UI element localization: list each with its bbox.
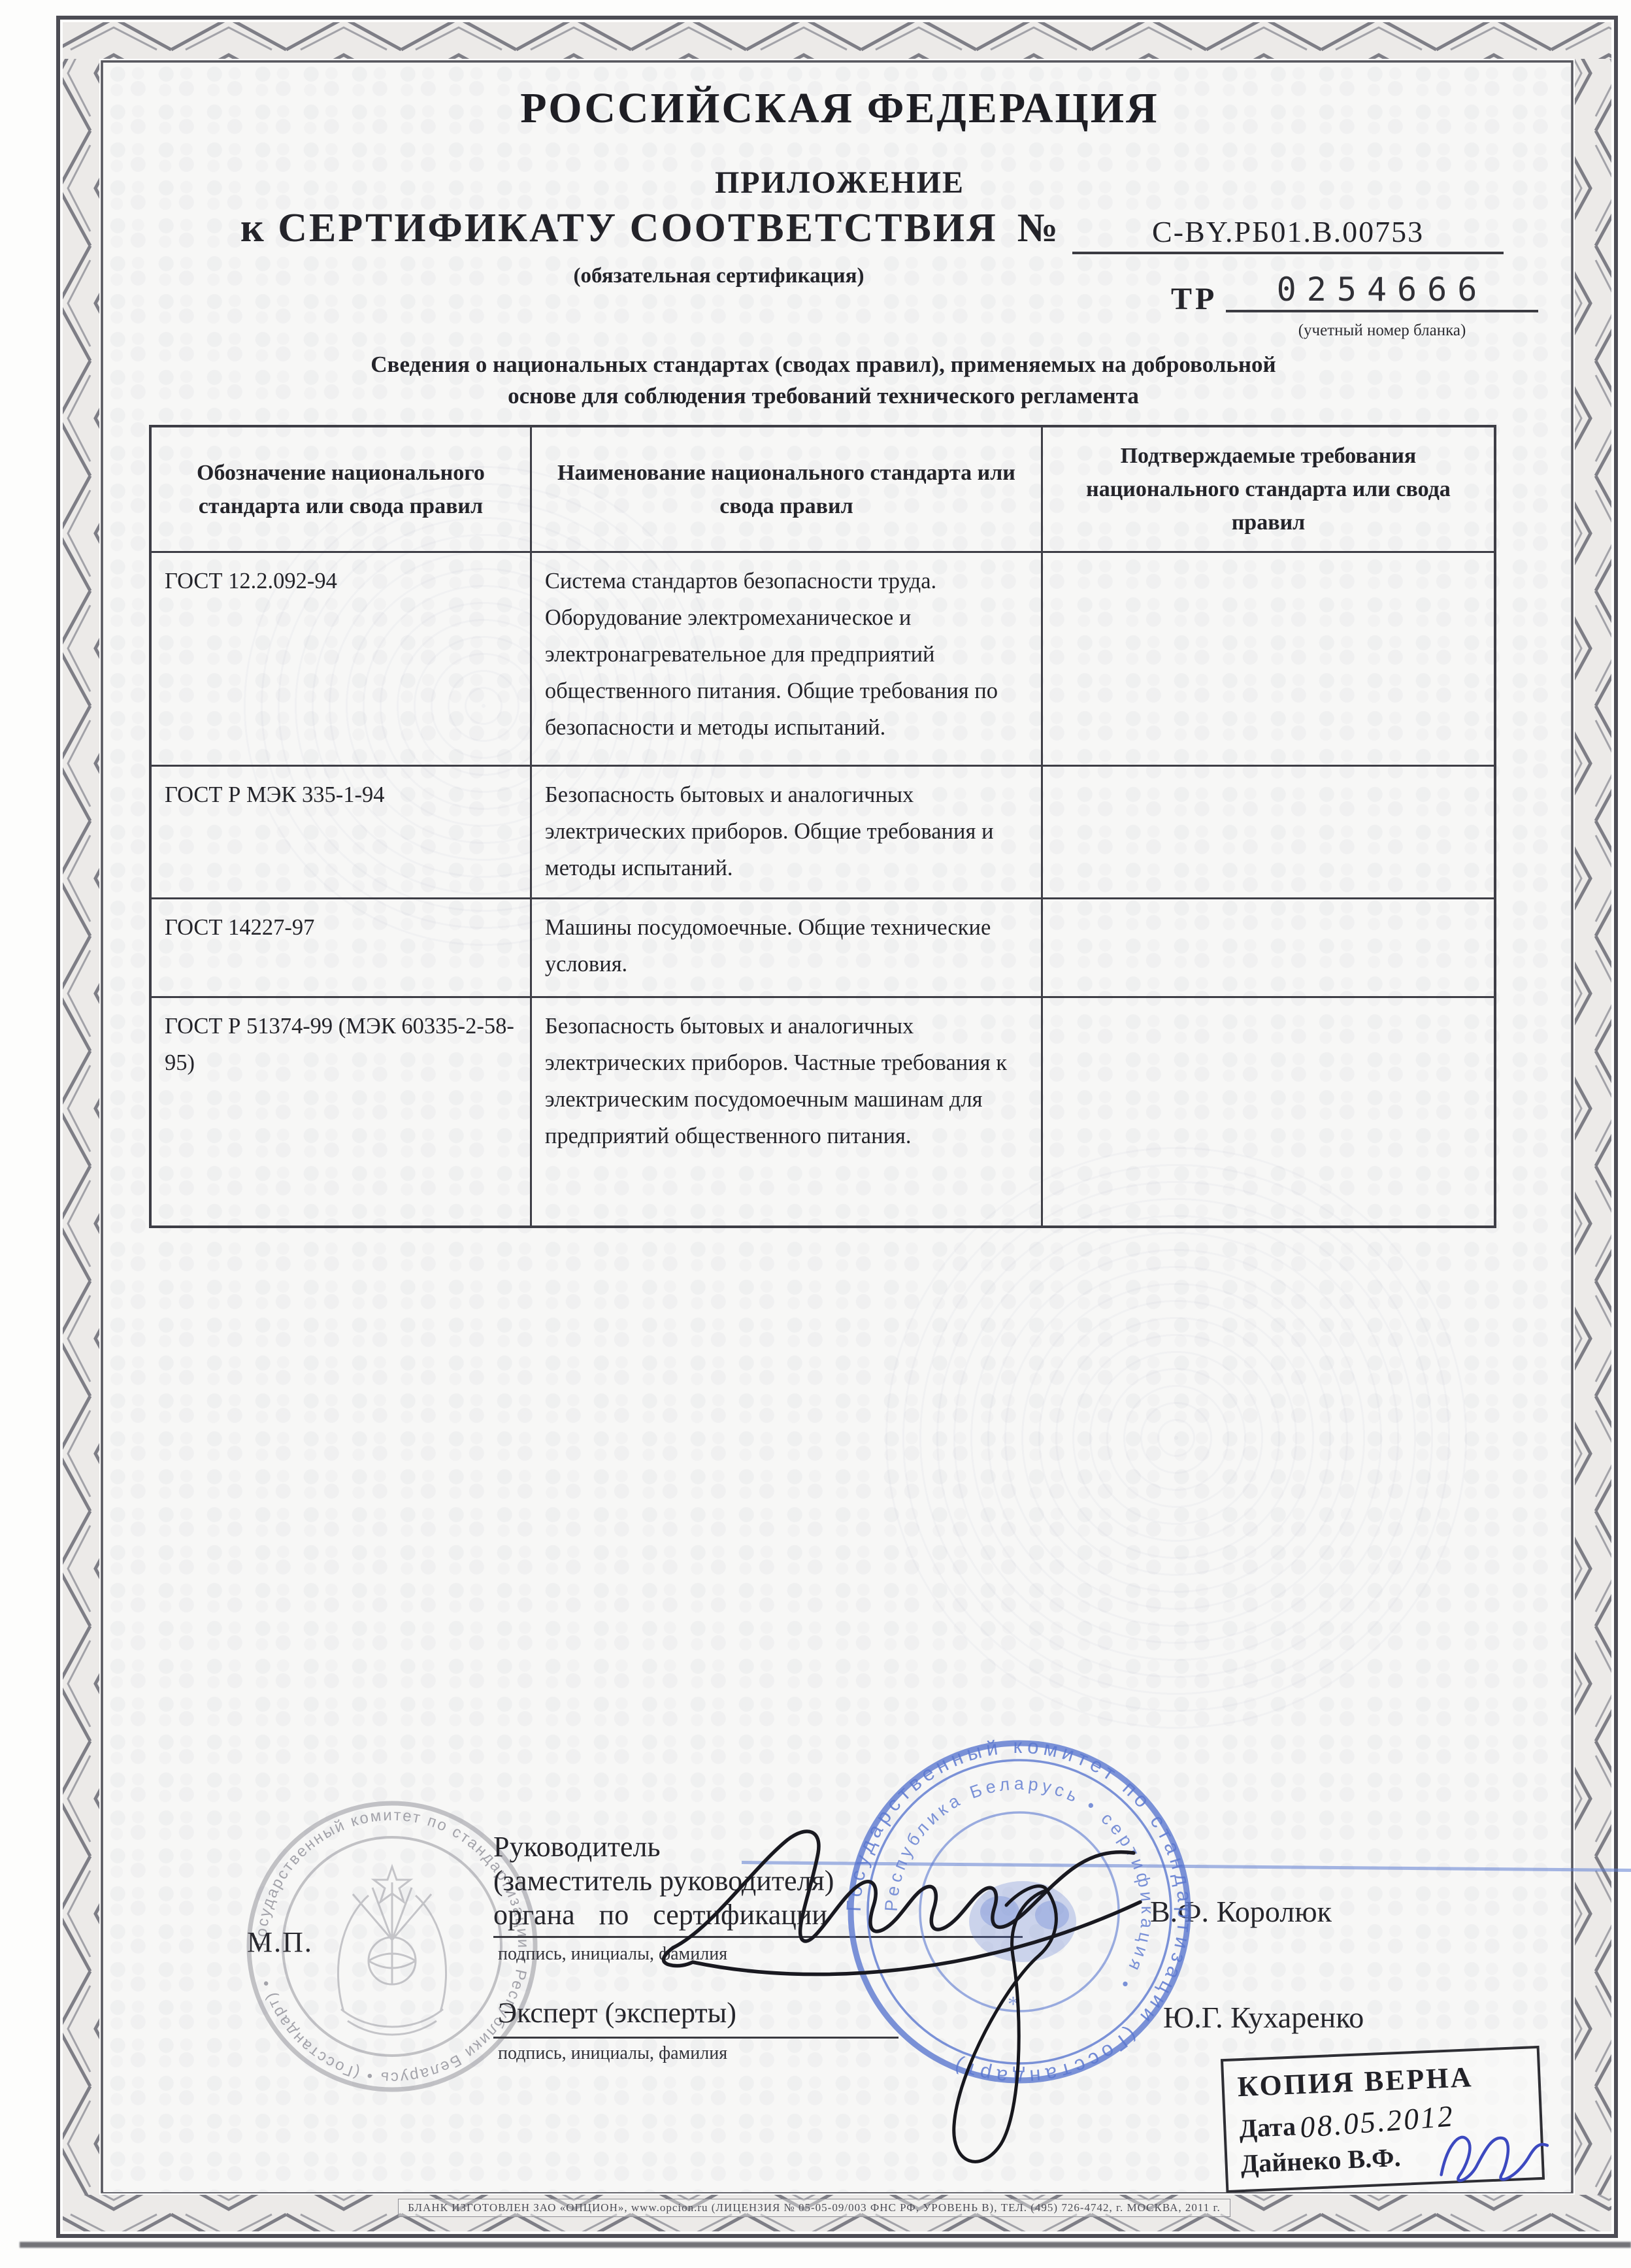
- cell-requirements: [1042, 899, 1495, 997]
- cell-name: Безопасность бытовых и аналогичных элект…: [531, 997, 1042, 1227]
- table-row: ГОСТ Р 51374-99 (МЭК 60335-2-58-95) Безо…: [150, 997, 1495, 1227]
- mandatory-certification-note: (обязательная сертификация): [307, 264, 1130, 288]
- copy-verna-stamp: КОПИЯ ВЕРНА Дата 08.05.2012 Дайнеко В.Ф.: [1221, 2046, 1545, 2193]
- cell-designation: ГОСТ 12.2.092-94: [150, 552, 531, 766]
- doc-type-title: ПРИЛОЖЕНИЕ: [105, 165, 1575, 201]
- cell-requirements: [1042, 766, 1495, 899]
- copy-verna-title: КОПИЯ ВЕРНА: [1237, 2058, 1526, 2103]
- table-row: ГОСТ 12.2.092-94 Система стандартов безо…: [150, 552, 1495, 766]
- col-header-name: Наименование национального стандарта или…: [531, 426, 1042, 552]
- cell-designation: ГОСТ Р МЭК 335-1-94: [150, 766, 531, 899]
- table-header-row: Обозначение национального стандарта или …: [150, 426, 1495, 552]
- cert-line-prefix: к СЕРТИФИКАТУ СООТВЕТСТВИЯ: [240, 205, 998, 252]
- certificate-number-value: С-BY.РБ01.В.00753: [1072, 214, 1504, 254]
- cell-name: Безопасность бытовых и аналогичных элект…: [531, 766, 1042, 899]
- blank-imprint: БЛАНК ИЗГОТОВЛЕН ЗАО «ОПЦИОН», www.opcio…: [128, 2199, 1500, 2217]
- expert-role: Эксперт (эксперты): [498, 1996, 736, 2029]
- standards-table: Обозначение национального стандарта или …: [149, 425, 1496, 1228]
- col-header-requirements: Подтверждаемые требования национального …: [1042, 426, 1495, 552]
- table-row: ГОСТ Р МЭК 335-1-94 Безопасность бытовых…: [150, 766, 1495, 899]
- table-caption-line2: основе для соблюдения требований техниче…: [144, 380, 1503, 412]
- table-row: ГОСТ 14227-97 Машины посудомоечные. Общи…: [150, 899, 1495, 997]
- copy-date-label: Дата: [1238, 2111, 1296, 2144]
- watermark-rosette: [882, 1144, 1470, 1732]
- blank-number-value: 0254666: [1277, 271, 1488, 310]
- blank-number-caption: (учетный номер бланка): [1226, 322, 1538, 340]
- number-sign: №: [1017, 205, 1058, 252]
- certificate-scan: РОССИЙСКАЯ ФЕДЕРАЦИЯ ПРИЛОЖЕНИЕ к СЕРТИФ…: [0, 0, 1631, 2268]
- expert-name: Ю.Г. Кухаренко: [1163, 2000, 1364, 2035]
- table-caption-line1: Сведения о национальных стандартах (свод…: [144, 349, 1503, 380]
- table-caption: Сведения о национальных стандартах (свод…: [144, 349, 1503, 412]
- scan-edge-shadow: [20, 2242, 1631, 2248]
- col-header-designation: Обозначение национального стандарта или …: [150, 426, 531, 552]
- mp-seal-label: М.П.: [247, 1926, 313, 1959]
- country-title: РОССИЙСКАЯ ФЕДЕРАЦИЯ: [105, 84, 1575, 133]
- cell-name: Машины посудомоечные. Общие технические …: [531, 899, 1042, 997]
- cell-requirements: [1042, 552, 1495, 766]
- cell-requirements: [1042, 997, 1495, 1227]
- head-role-line1: Руководитель: [493, 1830, 661, 1863]
- expert-signature: [908, 1876, 1085, 2190]
- tr-label: ТР: [1171, 281, 1217, 317]
- cell-designation: ГОСТ Р 51374-99 (МЭК 60335-2-58-95): [150, 997, 531, 1227]
- blank-imprint-text: БЛАНК ИЗГОТОВЛЕН ЗАО «ОПЦИОН», www.opcio…: [398, 2199, 1230, 2217]
- certificate-number-line: к СЕРТИФИКАТУ СООТВЕТСТВИЯ № С-BY.РБ01.В…: [240, 205, 1504, 252]
- cell-name: Система стандартов безопасности труда. О…: [531, 552, 1042, 766]
- cell-designation: ГОСТ 14227-97: [150, 899, 531, 997]
- blank-number-field: 0254666: [1226, 271, 1538, 312]
- certifier-signature: [1431, 2116, 1558, 2193]
- expert-signature-line: [493, 2037, 898, 2039]
- expert-signature-caption: подпись, инициалы, фамилия: [498, 2043, 727, 2064]
